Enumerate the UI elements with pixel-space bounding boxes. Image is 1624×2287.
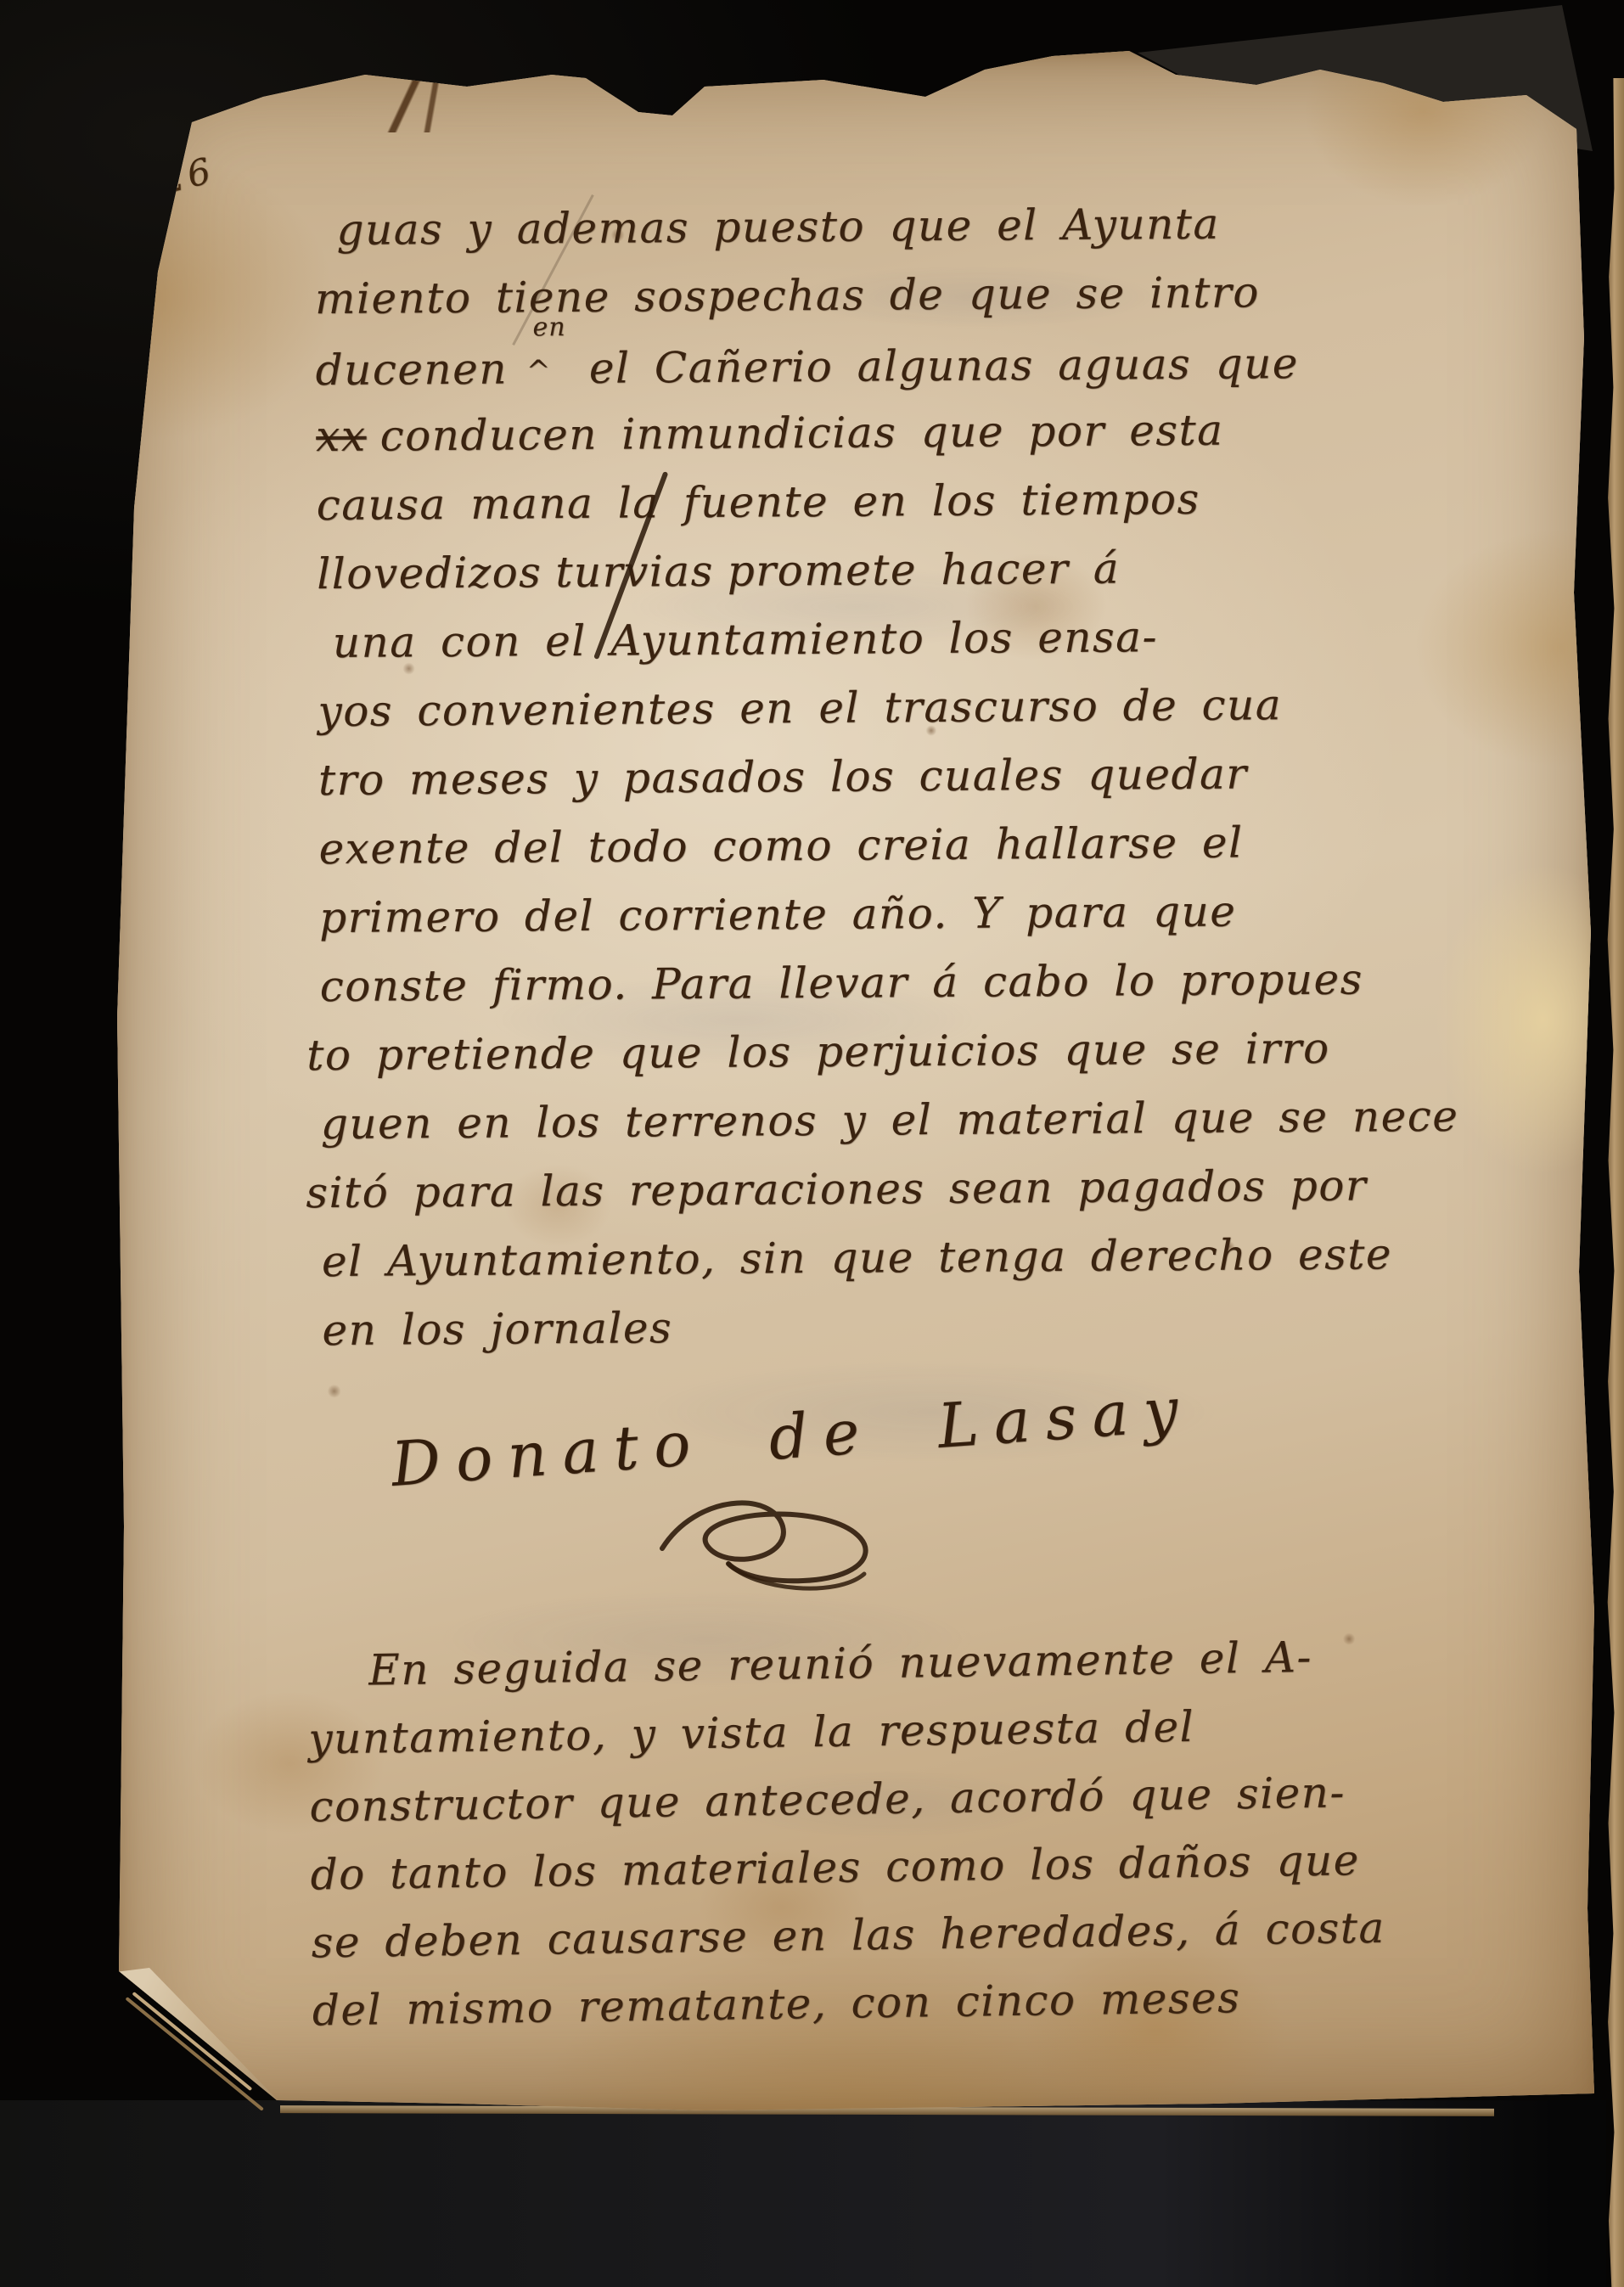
manuscript-line: yos convenientes en el trascurso de cua <box>317 669 1558 746</box>
caret-mark: ^ <box>526 337 553 406</box>
signature-rubric-flourish <box>637 1489 908 1616</box>
manuscript-line: ducenenen^el Cañerio algunas aguas que <box>315 325 1555 402</box>
pencil-corner-marks <box>355 73 457 132</box>
manuscript-line: exente del todo como creia hallarse el <box>318 806 1559 884</box>
manuscript-line: llovedizosturviaspromete hacer á <box>317 531 1557 609</box>
manuscript-line: conste firmo. Para llevar á cabo lo prop… <box>319 944 1559 1021</box>
struck-out-text: xx <box>316 412 367 461</box>
manuscript-line: sitó para las reparaciones sean pagados … <box>306 1150 1561 1228</box>
manuscript-line: una con el Ayuntamiento los ensa- <box>317 600 1558 677</box>
line-text: promete hacer á <box>728 544 1121 596</box>
manuscript-line: tro meses y pasados los cuales quedar <box>318 738 1559 815</box>
manuscript-line: guen en los terrenos y el material que s… <box>321 1082 1561 1159</box>
manuscript-line: guas y ademas puesto que el Ayunta <box>314 188 1554 265</box>
line-text: conducen inmundicias que por esta <box>379 406 1223 461</box>
interlinear-insertion: en^ <box>521 332 581 383</box>
manuscript-line: primero del corriente año. Y para que <box>319 875 1559 952</box>
line-text: el Cañerio algunas aguas que <box>589 339 1299 393</box>
line-text: llovedizos <box>317 548 542 598</box>
manuscript-line: el Ayuntamiento, sin que tenga derecho e… <box>322 1219 1562 1296</box>
manuscript-line: xxconducen inmundicias que por esta <box>316 394 1556 471</box>
manuscript-line: to pretiende que los perjuicios que se i… <box>306 1013 1560 1090</box>
manuscript-line: en los jornales <box>322 1288 1562 1365</box>
manuscript-page: 126 guas y ademas puesto que el Ayunta m… <box>110 49 1603 2114</box>
scanned-manuscript-photo: 126 guas y ademas puesto que el Ayunta m… <box>0 0 1624 2287</box>
paragraph-2: En seguida se reunió nuevamente el A- yu… <box>307 1620 1587 2045</box>
line-text: ducenen <box>315 345 508 396</box>
paragraph-1: guas y ademas puesto que el Ayunta mient… <box>314 188 1562 1365</box>
book-fore-edge-pages <box>1606 78 1624 2287</box>
manuscript-line: causa mana la fuente en los tiempos <box>316 463 1556 540</box>
scan-mat-shadow <box>0 2100 1606 2287</box>
slash-deleted-word: turvias <box>555 537 714 607</box>
manuscript-line: miento tiene sospechas de que se intro <box>315 256 1555 334</box>
